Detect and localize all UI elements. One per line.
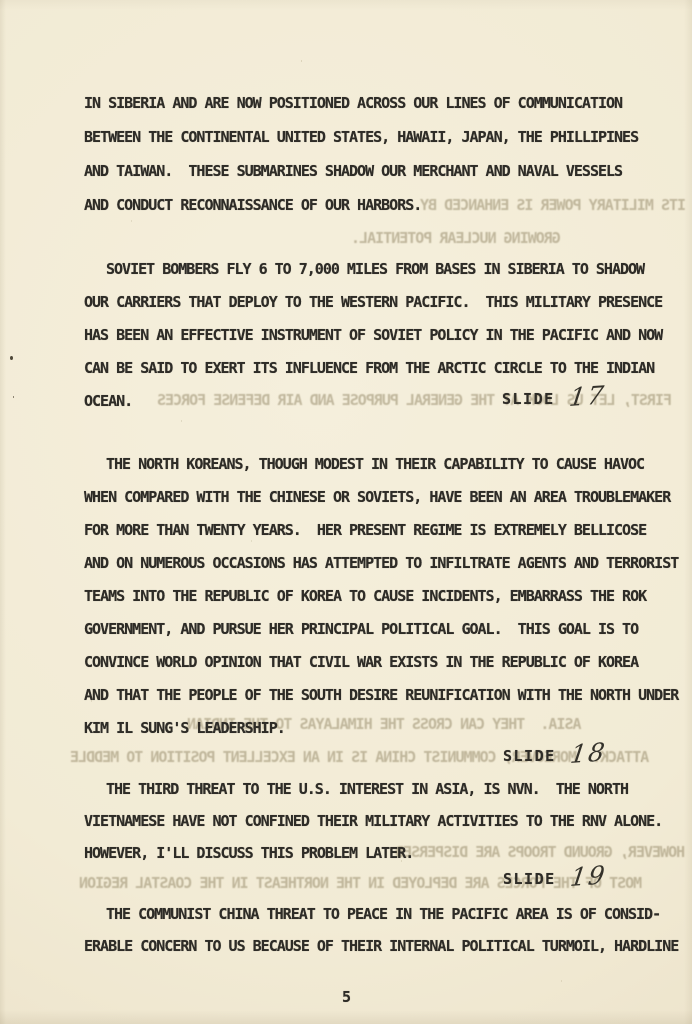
text-line: IN SIBERIA AND ARE NOW POSITIONED ACROSS… <box>84 95 622 112</box>
scanned-typewritten-page: ITS MILITARY POWER IS ENHANCED BY GROWIN… <box>0 0 692 1024</box>
text-line: CONVINCE WORLD OPINION THAT CIVIL WAR EX… <box>84 654 638 671</box>
bleed-through-line: HOWEVER, GROUND TROOPS ARE DISPERSED <box>396 844 685 861</box>
text-line: OUR CARRIERS THAT DEPLOY TO THE WESTERN … <box>84 294 662 311</box>
text-line: WHEN COMPARED WITH THE CHINESE OR SOVIET… <box>84 489 670 506</box>
page-number: 5 <box>342 988 351 1006</box>
slide-number-handwritten: 17 <box>568 384 607 409</box>
text-line: THE THIRD THREAT TO THE U.S. INTEREST IN… <box>106 781 628 798</box>
text-line: AND ON NUMEROUS OCCASIONS HAS ATTEMPTED … <box>84 555 678 572</box>
bleed-through-line: GROWING NUCLEAR POTENTIAL. <box>352 230 561 247</box>
slide-number-handwritten: 18 <box>569 741 608 766</box>
bleed-through-line: ITS MILITARY POWER IS ENHANCED BY <box>421 197 686 214</box>
text-line: TEAMS INTO THE REPUBLIC OF KOREA TO CAUS… <box>84 588 646 605</box>
slide-number-handwritten: 19 <box>569 864 608 889</box>
paper-speck <box>10 356 13 360</box>
slide-marker: SLIDE 18 <box>503 748 604 766</box>
text-line: FOR MORE THAN TWENTY YEARS. HER PRESENT … <box>84 522 646 539</box>
text-line: HOWEVER, I'LL DISCUSS THIS PROBLEM LATER… <box>84 845 413 862</box>
slide-label: SLIDE <box>502 391 555 408</box>
text-line: AND THAT THE PEOPLE OF THE SOUTH DESIRE … <box>84 687 678 704</box>
text-line: BETWEEN THE CONTINENTAL UNITED STATES, H… <box>84 129 638 146</box>
text-line: THE COMMUNIST CHINA THREAT TO PEACE IN T… <box>106 906 660 923</box>
text-line: HAS BEEN AN EFFECTIVE INSTRUMENT OF SOVI… <box>84 327 662 344</box>
text-line: CAN BE SAID TO EXERT ITS INFLUENCE FROM … <box>84 360 654 377</box>
text-line: VIETNAMESE HAVE NOT CONFINED THEIR MILIT… <box>84 813 662 830</box>
text-line: AND CONDUCT RECONNAISSANCE OF OUR HARBOR… <box>84 197 421 214</box>
slide-marker: SLIDE 17 <box>502 391 603 409</box>
text-line: GOVERNMENT, AND PURSUE HER PRINCIPAL POL… <box>84 621 638 638</box>
text-line: ERABLE CONCERN TO US BECAUSE OF THEIR IN… <box>84 938 678 955</box>
text-line: AND TAIWAN. THESE SUBMARINES SHADOW OUR … <box>84 163 622 180</box>
text-line: OCEAN. <box>84 393 132 410</box>
slide-label: SLIDE <box>503 748 556 765</box>
text-line: THE NORTH KOREANS, THOUGH MODEST IN THEI… <box>106 456 644 473</box>
text-line: SOVIET BOMBERS FLY 6 TO 7,000 MILES FROM… <box>106 261 644 278</box>
slide-marker: SLIDE 19 <box>503 871 604 889</box>
slide-label: SLIDE <box>503 871 556 888</box>
text-line: KIM IL SUNG'S LEADERSHIP. <box>84 720 285 737</box>
